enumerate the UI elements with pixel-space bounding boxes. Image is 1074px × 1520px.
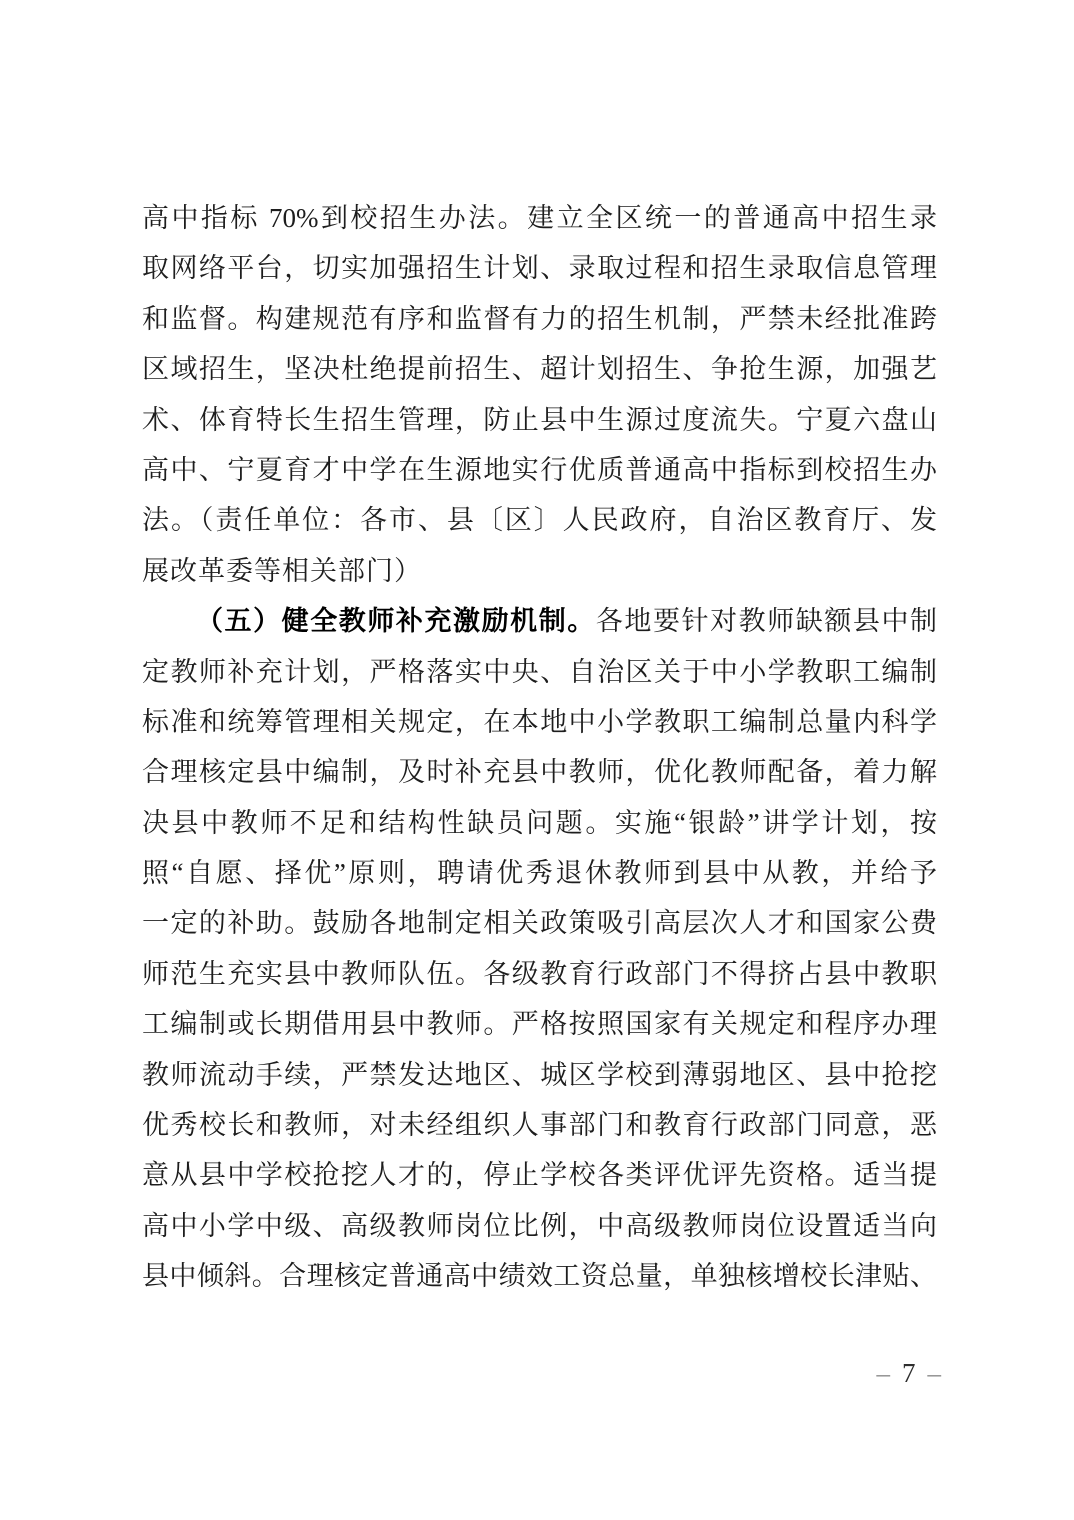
text-line: 区域招生，坚决杜绝提前招生、超计划招生、争抢生源，加强艺 xyxy=(142,344,937,394)
text-line: 优秀校长和教师，对未经组织人事部门和教育行政部门同意，恶 xyxy=(142,1100,937,1150)
page-footer: –7– xyxy=(877,1358,942,1388)
page-number-dash-left: – xyxy=(877,1358,891,1388)
text-line: 和监督。构建规范有序和监督有力的招生机制，严禁未经批准跨 xyxy=(142,294,937,344)
line-text: 各地要针对教师缺额县中制 xyxy=(596,606,937,636)
section-heading: （五）健全教师补充激励机制。 xyxy=(196,606,596,636)
page-number: 7 xyxy=(902,1358,916,1388)
line-text: 高中、宁夏育才中学在生源地实行优质普通高中指标到校招生办 xyxy=(142,455,937,485)
text-line: （五）健全教师补充激励机制。各地要针对教师缺额县中制 xyxy=(142,596,937,646)
text-line: 取网络平台，切实加强招生计划、录取过程和招生录取信息管理 xyxy=(142,243,937,293)
text-line: 高中、宁夏育才中学在生源地实行优质普通高中指标到校招生办 xyxy=(142,445,937,495)
text-line: 法。（责任单位：各市、县〔区〕人民政府，自治区教育厅、发 xyxy=(142,495,937,545)
line-text: 优秀校长和教师，对未经组织人事部门和教育行政部门同意，恶 xyxy=(142,1110,937,1140)
line-text: 区域招生，坚决杜绝提前招生、超计划招生、争抢生源，加强艺 xyxy=(142,354,937,384)
text-line: 术、体育特长生招生管理，防止县中生源过度流失。宁夏六盘山 xyxy=(142,395,937,445)
line-text: 照“自愿、择优”原则，聘请优秀退休教师到县中从教，并给予 xyxy=(142,858,937,888)
line-text: 展改革委等相关部门） xyxy=(142,556,422,586)
line-text: 和监督。构建规范有序和监督有力的招生机制，严禁未经批准跨 xyxy=(142,304,937,334)
text-line: 教师流动手续，严禁发达地区、城区学校到薄弱地区、县中抢挖 xyxy=(142,1050,937,1100)
line-text: 决县中教师不足和结构性缺员问题。实施“银龄”讲学计划，按 xyxy=(142,808,937,838)
text-line: 高中指标 70%到校招生办法。建立全区统一的普通高中招生录 xyxy=(142,193,937,243)
line-text: 定教师补充计划，严格落实中央、自治区关于中小学教职工编制 xyxy=(142,657,937,687)
line-text: 术、体育特长生招生管理，防止县中生源过度流失。宁夏六盘山 xyxy=(142,405,937,435)
line-text: 县中倾斜。合理核定普通高中绩效工资总量，单独核增校长津贴、 xyxy=(142,1261,937,1291)
text-line: 师范生充实县中教师队伍。各级教育行政部门不得挤占县中教职 xyxy=(142,949,937,999)
line-text: 取网络平台，切实加强招生计划、录取过程和招生录取信息管理 xyxy=(142,253,937,283)
text-line: 展改革委等相关部门） xyxy=(142,546,937,596)
page-number-dash-right: – xyxy=(928,1358,942,1388)
text-block: 高中指标 70%到校招生办法。建立全区统一的普通高中招生录取网络平台，切实加强招… xyxy=(142,193,937,1302)
line-text: 意从县中学校抢挖人才的，停止学校各类评优评先资格。适当提 xyxy=(142,1160,937,1190)
line-text: 合理核定县中编制，及时补充县中教师，优化教师配备，着力解 xyxy=(142,757,937,787)
line-text: 法。（责任单位：各市、县〔区〕人民政府，自治区教育厅、发 xyxy=(142,505,937,535)
text-line: 合理核定县中编制，及时补充县中教师，优化教师配备，着力解 xyxy=(142,747,937,797)
text-line: 定教师补充计划，严格落实中央、自治区关于中小学教职工编制 xyxy=(142,647,937,697)
text-line: 意从县中学校抢挖人才的，停止学校各类评优评先资格。适当提 xyxy=(142,1150,937,1200)
line-text: 标准和统筹管理相关规定，在本地中小学教职工编制总量内科学 xyxy=(142,707,937,737)
line-text: 一定的补助。鼓励各地制定相关政策吸引高层次人才和国家公费 xyxy=(142,908,937,938)
text-line: 决县中教师不足和结构性缺员问题。实施“银龄”讲学计划，按 xyxy=(142,798,937,848)
line-text: 高中小学中级、高级教师岗位比例，中高级教师岗位设置适当向 xyxy=(142,1211,937,1241)
text-line: 工编制或长期借用县中教师。严格按照国家有关规定和程序办理 xyxy=(142,999,937,1049)
line-text: 工编制或长期借用县中教师。严格按照国家有关规定和程序办理 xyxy=(142,1009,937,1039)
text-line: 标准和统筹管理相关规定，在本地中小学教职工编制总量内科学 xyxy=(142,697,937,747)
line-text: 师范生充实县中教师队伍。各级教育行政部门不得挤占县中教职 xyxy=(142,959,937,989)
text-line: 一定的补助。鼓励各地制定相关政策吸引高层次人才和国家公费 xyxy=(142,898,937,948)
line-text: 高中指标 70%到校招生办法。建立全区统一的普通高中招生录 xyxy=(142,203,937,233)
text-line: 高中小学中级、高级教师岗位比例，中高级教师岗位设置适当向 xyxy=(142,1201,937,1251)
document-page: 高中指标 70%到校招生办法。建立全区统一的普通高中招生录取网络平台，切实加强招… xyxy=(0,0,1074,1520)
text-line: 县中倾斜。合理核定普通高中绩效工资总量，单独核增校长津贴、 xyxy=(142,1251,937,1301)
text-line: 照“自愿、择优”原则，聘请优秀退休教师到县中从教，并给予 xyxy=(142,848,937,898)
line-text: 教师流动手续，严禁发达地区、城区学校到薄弱地区、县中抢挖 xyxy=(142,1060,937,1090)
